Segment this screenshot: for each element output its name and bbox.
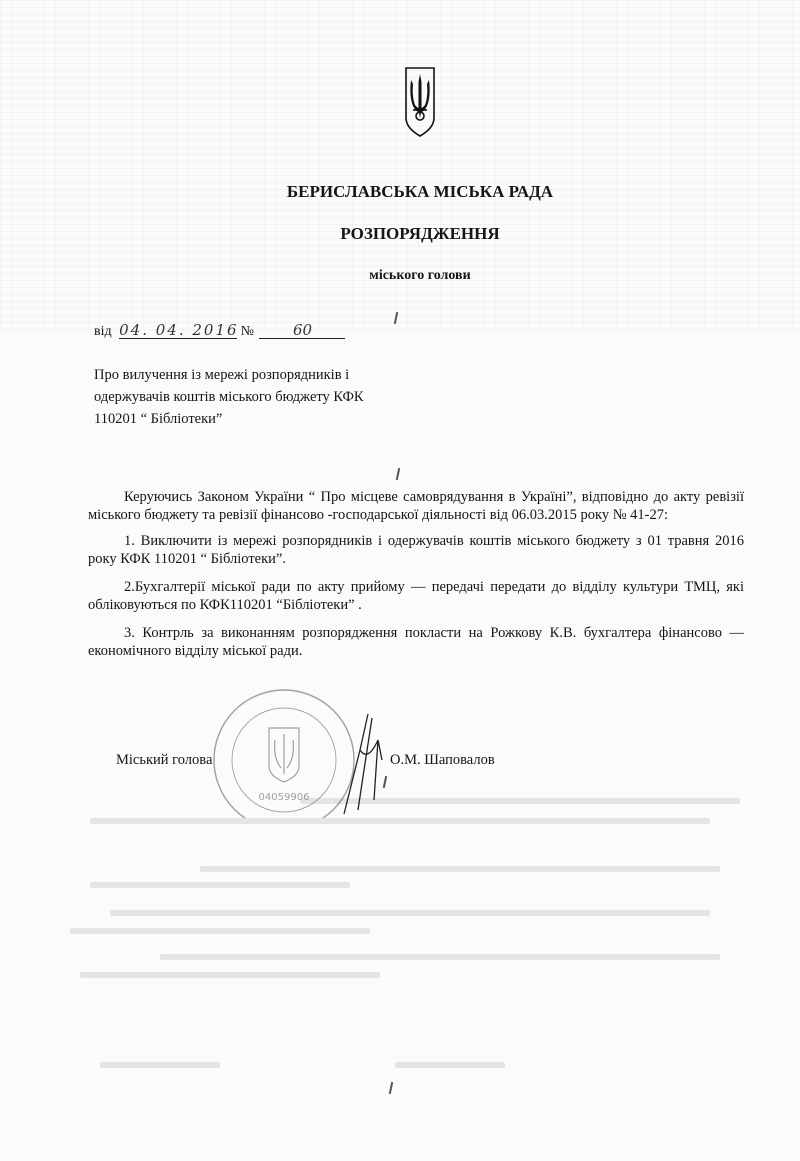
bleed-through-line [90,882,350,888]
date-value: 04. 04. 2016 [119,322,237,339]
document-meta: від 04. 04. 2016 № 60 [94,322,345,340]
document-subtitle: міського голови [0,268,800,284]
organization-title: БЕРИСЛАВСЬКА МІСЬКА РАДА [0,182,800,202]
signatory-title: Міський голова [116,752,212,769]
subject-line: 110201 “ Бібліотеки” [94,408,454,430]
document-subject: Про вилучення із мережі розпорядників і … [94,364,454,430]
mark-tick [394,312,398,324]
bleed-through-line [300,798,740,804]
bleed-through-line [200,866,720,872]
mark-tick [389,1082,393,1094]
subject-line: одержувачів коштів міського бюджету КФК [94,386,454,408]
bleed-through-line [395,1062,505,1068]
number-value: 60 [259,322,345,339]
bleed-through-line [80,972,380,978]
document-body: Керуючись Законом України “ Про місцеве … [88,488,744,670]
mark-tick [396,468,400,480]
preamble: Керуючись Законом України “ Про місцеве … [88,488,744,524]
order-item: 2.Бухгалтерії міської ради по акту прийо… [88,578,744,614]
order-item: 3. Контрль за виконанням розпорядження п… [88,624,744,660]
bleed-through-line [70,928,370,934]
subject-line: Про вилучення із мережі розпорядників і [94,364,454,386]
bleed-through-line [160,954,720,960]
order-item: 1. Виключити із мережі розпорядників і о… [88,532,744,568]
signatory-name: О.М. Шаповалов [390,752,495,769]
document-type: РОЗПОРЯДЖЕННЯ [0,224,800,244]
trident-coat-of-arms-icon [404,66,436,138]
bleed-through-line [110,910,710,916]
bleed-through-line [90,818,710,824]
date-label: від [94,324,112,339]
bleed-through-line [100,1062,220,1068]
number-label: № [241,324,254,339]
